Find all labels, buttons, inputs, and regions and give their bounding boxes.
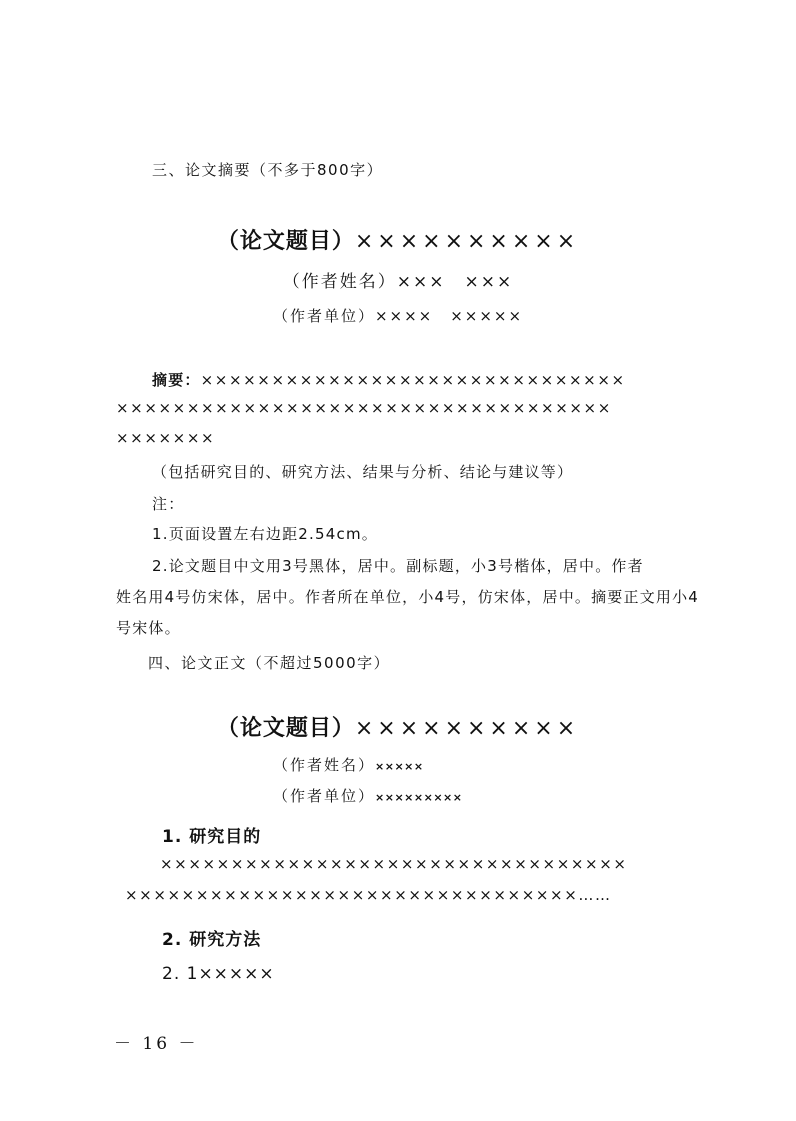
body-title-label: （论文题目）	[217, 716, 355, 741]
abstract-title-placeholder: ××××××××××	[355, 229, 579, 254]
research-purpose-line2: ××××××××××××××××××××××××××××××××……	[125, 886, 612, 904]
abstract-author-unit: （作者单位）×××× ×××××	[0, 305, 796, 326]
body-author-unit: （作者单位）×××××××××	[273, 785, 462, 806]
abstract-author-name: （作者姓名）××× ×××	[0, 267, 796, 292]
section4-heading: 四、论文正文（不超过5000字）	[148, 652, 390, 673]
body-author-unit-value: ×××××××××	[375, 791, 462, 804]
abstract-label: 摘要：	[152, 371, 201, 389]
abstract-paragraph-line1: 摘要：××××××××××××××××××××××××××××××	[152, 369, 626, 390]
heading-research-method: 2. 研究方法	[162, 925, 261, 950]
section3-heading: 三、论文摘要（不多于800字）	[152, 159, 383, 180]
body-author-name-value: ×××××	[375, 760, 424, 773]
note-item-1: 1.页面设置左右边距2.54cm。	[152, 523, 378, 544]
abstract-paragraph-line3: ×××××××	[116, 429, 215, 447]
document-page: 三、论文摘要（不多于800字） （论文题目）×××××××××× （作者姓名）×…	[0, 0, 796, 1121]
note-item-2-line2: 姓名用4号仿宋体，居中。作者所在单位，小4号，仿宋体，居中。摘要正文用小4	[116, 586, 699, 607]
body-author-name: （作者姓名）×××××	[273, 754, 424, 775]
body-title-placeholder: ××××××××××	[355, 716, 579, 741]
abstract-text-1: ××××××××××××××××××××××××××××××	[201, 371, 626, 389]
note-label: 注：	[152, 493, 184, 514]
page-number: － 16 －	[114, 1029, 198, 1054]
note-item-2-line1: 2.论文题目中文用3号黑体，居中。副标题，小3号楷体，居中。作者	[152, 555, 644, 576]
body-author-unit-label: （作者单位）	[273, 787, 375, 805]
abstract-paper-title: （论文题目）××××××××××	[0, 224, 796, 255]
body-author-name-label: （作者姓名）	[273, 756, 375, 774]
research-purpose-line1: ×××××××××××××××××××××××××××××××××	[160, 855, 628, 873]
heading-subsection-2-1: 2. 1×××××	[162, 964, 275, 984]
abstract-includes-note: （包括研究目的、研究方法、结果与分析、结论与建议等）	[152, 461, 573, 482]
body-paper-title: （论文题目）××××××××××	[0, 711, 796, 742]
abstract-paragraph-line2: ×××××××××××××××××××××××××××××××××××	[116, 399, 612, 417]
note-item-2-line3: 号宋体。	[116, 617, 181, 638]
abstract-title-label: （论文题目）	[217, 229, 355, 254]
heading-research-purpose: 1. 研究目的	[162, 822, 261, 847]
